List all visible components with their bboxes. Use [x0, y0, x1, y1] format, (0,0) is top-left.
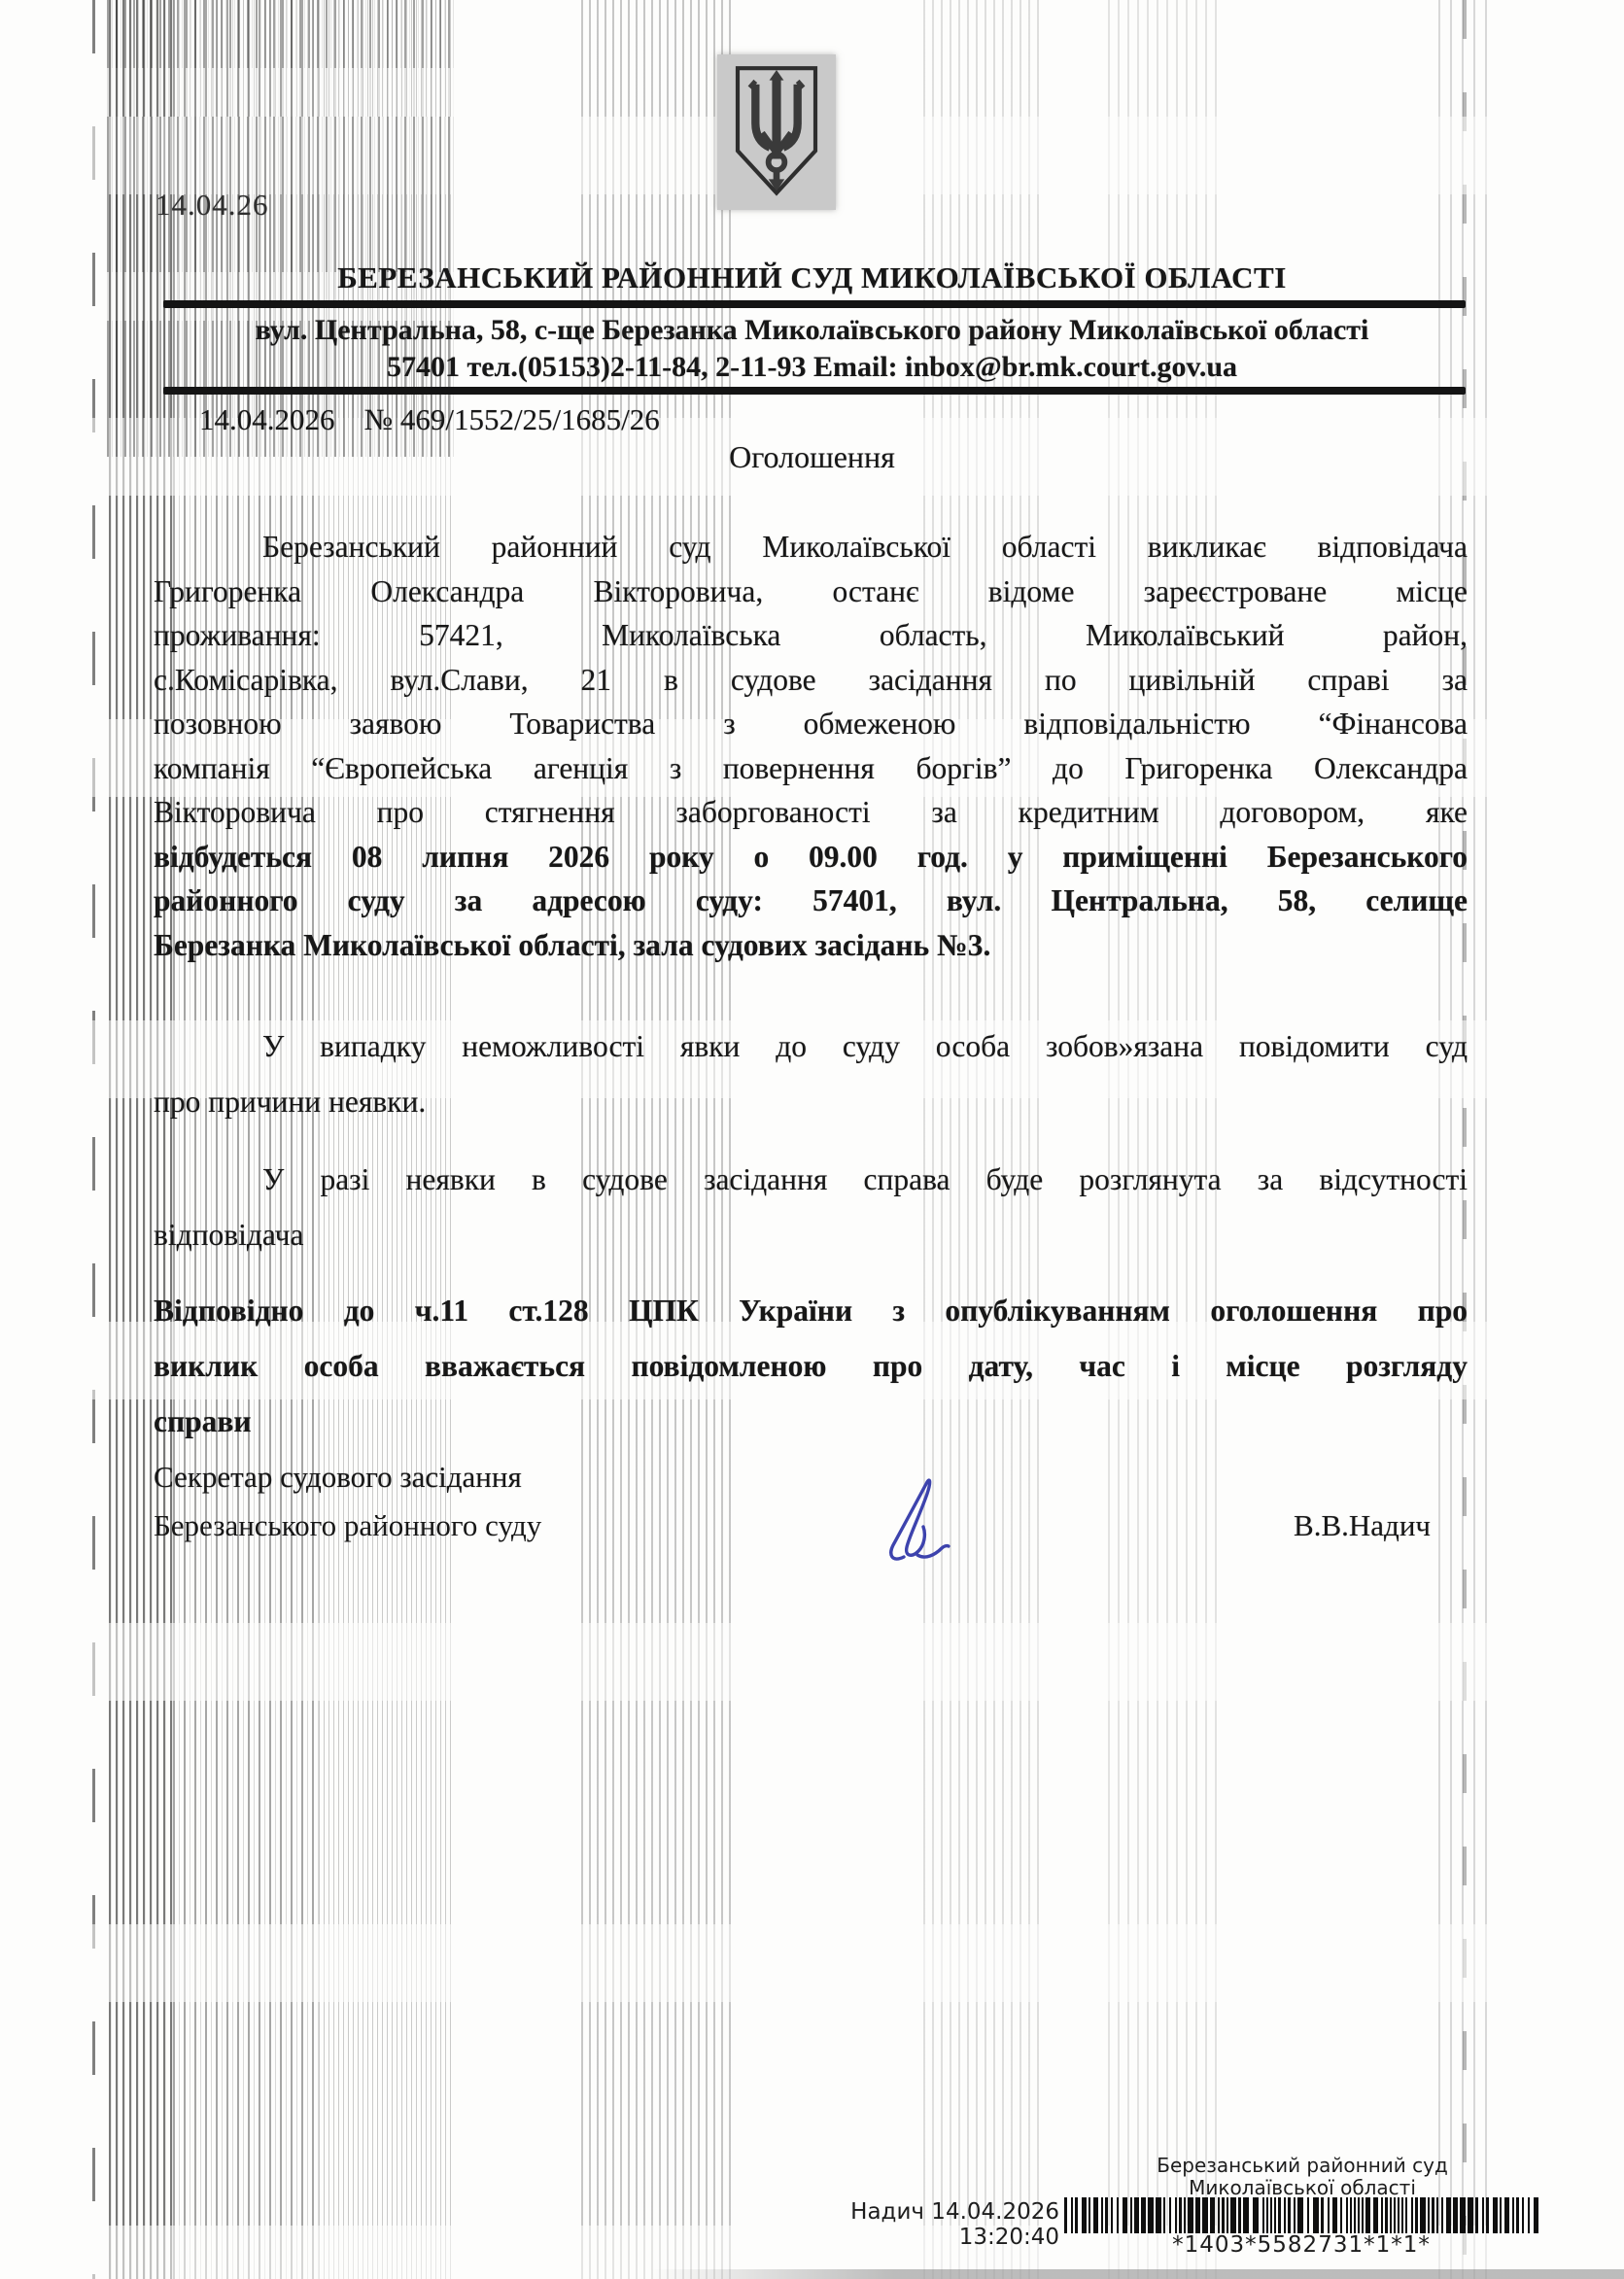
barcode-bar: [1188, 2197, 1193, 2233]
body-line: справи: [154, 1394, 1468, 1449]
court-address-line: вул. Центральна, 58, с-ще Березанка Мико…: [0, 314, 1624, 347]
signer-name: В.В.Надич: [1294, 1502, 1431, 1550]
case-barcode: [1064, 2197, 1538, 2233]
barcode-bar: [1105, 2197, 1108, 2233]
body-line: компанія “Європейська агенція з повернен…: [154, 746, 1468, 791]
barcode-bar: [1394, 2197, 1396, 2233]
body-lines: Березанський районний суд Миколаївської …: [154, 525, 1468, 1449]
barcode-bar: [1365, 2197, 1370, 2233]
barcode-bar: [1468, 2197, 1473, 2233]
barcode-bar: [1284, 2197, 1286, 2233]
barcode-bar: [1253, 2197, 1259, 2233]
ukraine-trident-icon: [728, 61, 825, 203]
barcode-bar: [1071, 2197, 1073, 2233]
signer-role-line2: Березанського районного суду: [154, 1502, 541, 1550]
barcode-bar: [1446, 2197, 1451, 2233]
barcode-bar: [1436, 2197, 1438, 2233]
barcode-bar: [1321, 2197, 1324, 2233]
body-line: виклик особа вважається повідомленою про…: [154, 1338, 1468, 1394]
barcode-bar: [1243, 2197, 1249, 2233]
barcode-bar: [1534, 2197, 1538, 2233]
body-line: проживання: 57421, Миколаївська область,…: [154, 613, 1468, 658]
barcode-bar: [1504, 2197, 1509, 2233]
body-line: У випадку неможливості явки до суду особ…: [154, 1019, 1468, 1074]
document-date-number-line: 14.04.2026№ 469/1552/25/1685/26: [199, 402, 660, 437]
barcode-bar: [1230, 2197, 1236, 2233]
barcode-bar: [1381, 2197, 1383, 2233]
body-line: Григоренка Олександра Вікторовича, остан…: [154, 570, 1468, 614]
barcode-bar: [1493, 2197, 1498, 2233]
barcode-bar: [1328, 2197, 1330, 2233]
barcode-bar: [1398, 2197, 1399, 2233]
barcode-bar: [1262, 2197, 1264, 2233]
barcode-bar: [1288, 2197, 1291, 2233]
barcode-bar: [1274, 2197, 1276, 2233]
body-line: Відповідно до ч.11 ст.128 ЦПК України з …: [154, 1283, 1468, 1338]
barcode-bar: [1238, 2197, 1241, 2233]
scanned-court-document: 14.04.26 БЕРЕЗАНСЬКИЙ РАЙОННИЙ СУД МИКОЛ…: [0, 0, 1624, 2279]
barcode-bar: [1362, 2197, 1364, 2233]
barcode-bar: [1516, 2197, 1519, 2233]
page-title: Оголошення: [0, 439, 1624, 475]
barcode-bar: [1266, 2197, 1268, 2233]
received-date-stamp: 14.04.26: [155, 188, 269, 223]
footer-court-name-line2: Миколаївської області: [1069, 2176, 1536, 2199]
barcode-bar: [1332, 2197, 1337, 2233]
body-line: Вікторовича про стягнення заборгованості…: [154, 790, 1468, 835]
barcode-bar: [1432, 2197, 1434, 2233]
barcode-bar: [1123, 2197, 1127, 2233]
barcode-value-text: *1403*5582731*1*1*: [1064, 2232, 1538, 2258]
barcode-bar: [1202, 2197, 1208, 2233]
barcode-bar: [1169, 2197, 1171, 2233]
barcode-bar: [1270, 2197, 1272, 2233]
barcode-bar: [1278, 2197, 1281, 2233]
barcode-bar: [1358, 2197, 1360, 2233]
court-name-heading: БЕРЕЗАНСЬКИЙ РАЙОННИЙ СУД МИКОЛАЇВСЬКОЇ …: [0, 260, 1624, 295]
barcode-bar: [1195, 2197, 1200, 2233]
barcode-bar: [1210, 2197, 1215, 2233]
barcode-bar: [1218, 2197, 1220, 2233]
barcode-bar: [1373, 2197, 1378, 2233]
court-contact-line: 57401 тел.(05153)2-11-84, 2-11-93 Email:…: [0, 351, 1624, 384]
barcode-bar: [1179, 2197, 1182, 2233]
body-line: позовною заявою Товариства з обмеженою в…: [154, 702, 1468, 746]
barcode-bar: [1227, 2197, 1228, 2233]
barcode-bar: [1522, 2197, 1524, 2233]
signer-role-line1: Секретар судового засідання: [154, 1453, 1468, 1502]
barcode-bar: [1512, 2197, 1514, 2233]
barcode-bar: [1064, 2197, 1067, 2233]
barcode-bar: [1156, 2197, 1161, 2233]
document-case-number: № 469/1552/25/1685/26: [364, 402, 660, 436]
barcode-bar: [1354, 2197, 1356, 2233]
barcode-bar: [1313, 2197, 1319, 2233]
barcode-bar: [1420, 2197, 1426, 2233]
barcode-bar: [1340, 2197, 1342, 2233]
barcode-bar: [1350, 2197, 1352, 2233]
barcode-bar: [1184, 2197, 1186, 2233]
footer-operator-timestamp: Надич 14.04.2026 13:20:40: [758, 2199, 1059, 2250]
header-divider-top: [163, 300, 1466, 308]
barcode-bar: [1148, 2197, 1154, 2233]
body-line: Березанський районний суд Миколаївської …: [154, 525, 1468, 570]
barcode-bar: [1088, 2197, 1090, 2233]
barcode-bar: [1134, 2197, 1139, 2233]
barcode-bar: [1222, 2197, 1225, 2233]
barcode-bar: [1082, 2197, 1087, 2233]
barcode-bar: [1385, 2197, 1388, 2233]
barcode-bar: [1130, 2197, 1132, 2233]
barcode-bar: [1117, 2197, 1119, 2233]
coat-of-arms-panel: [717, 54, 836, 210]
body-line: районного суду за адресою суду: 57401, в…: [154, 879, 1468, 923]
barcode-bar: [1500, 2197, 1502, 2233]
barcode-bar: [1428, 2197, 1430, 2233]
footer-court-name-line1: Березанський районний суд: [1069, 2154, 1536, 2177]
barcode-bar: [1111, 2197, 1113, 2233]
body-line: відповідача: [154, 1207, 1468, 1262]
barcode-bar: [1175, 2197, 1177, 2233]
body-line: про причини неявки.: [154, 1074, 1468, 1129]
barcode-bar: [1294, 2197, 1296, 2233]
barcode-bar: [1307, 2197, 1309, 2233]
barcode-bar: [1441, 2197, 1443, 2233]
barcode-bar: [1528, 2197, 1530, 2233]
document-date: 14.04.2026: [199, 402, 335, 436]
barcode-bar: [1415, 2197, 1418, 2233]
barcode-bar: [1093, 2197, 1098, 2233]
body-line: с.Комісарівка, вул.Слави, 21 в судове за…: [154, 658, 1468, 703]
barcode-bar: [1460, 2197, 1466, 2233]
body-line: відбудеться 08 липня 2026 року о 09.00 г…: [154, 835, 1468, 880]
handwritten-signature-icon: [875, 1469, 972, 1571]
barcode-bar: [1141, 2197, 1146, 2233]
barcode-bar: [1475, 2197, 1478, 2233]
body-line: Березанка Миколаївської області, зала су…: [154, 923, 1468, 968]
signature-block: Секретар судового засідання Березанськог…: [154, 1453, 1468, 1550]
barcode-bar: [1101, 2197, 1103, 2233]
body-line: У разі неявки в судове засідання справа …: [154, 1152, 1468, 1207]
barcode-bar: [1297, 2197, 1303, 2233]
barcode-bar: [1346, 2197, 1348, 2233]
barcode-bar: [1390, 2197, 1392, 2233]
barcode-bar: [1482, 2197, 1484, 2233]
barcode-bar: [1075, 2197, 1078, 2233]
header-divider-bottom: [163, 387, 1466, 395]
barcode-bar: [1401, 2197, 1403, 2233]
barcode-bar: [1411, 2197, 1413, 2233]
barcode-bar: [1453, 2197, 1458, 2233]
barcode-bar: [1486, 2197, 1489, 2233]
barcode-bar: [1405, 2197, 1407, 2233]
scan-bottom-edge-shadow: [0, 2269, 1624, 2279]
barcode-bar: [1163, 2197, 1165, 2233]
